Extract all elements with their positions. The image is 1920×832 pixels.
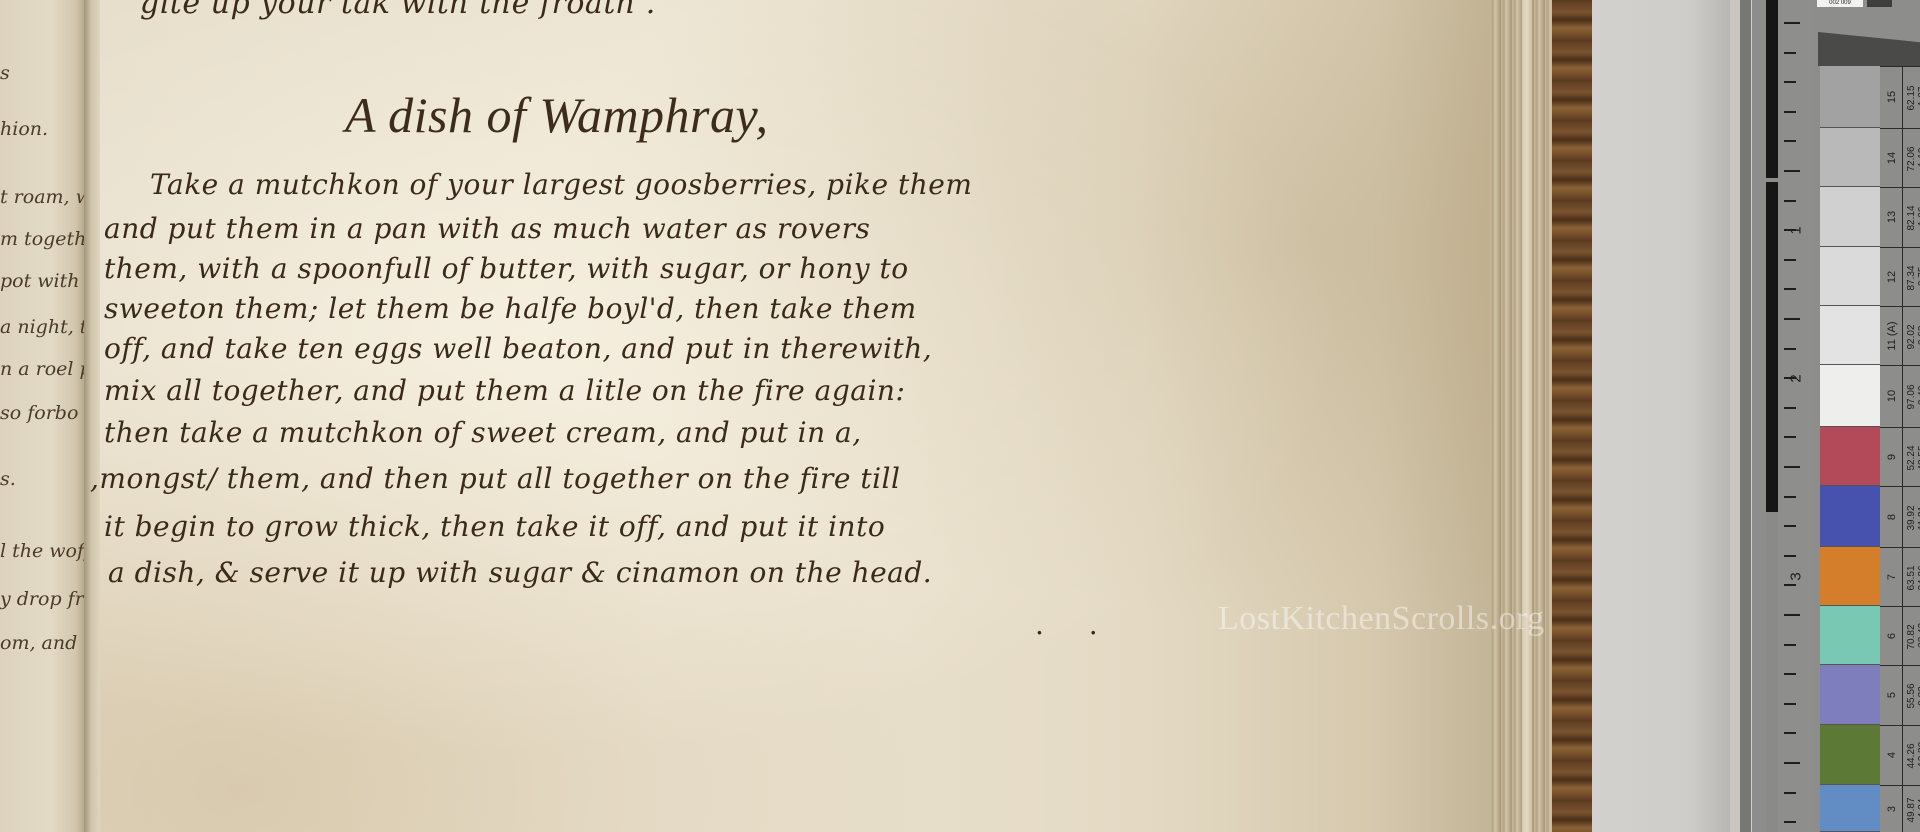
- patch-lab-values: 63.5134.26: [1906, 555, 1920, 601]
- color-patch-label: 11 (A)92.02-0.60: [1880, 306, 1920, 365]
- patch-lab-values: 49.87-4.34: [1906, 787, 1920, 832]
- site-watermark: LostKitchenScrolls.org: [1218, 600, 1545, 638]
- color-patch-15: [1820, 66, 1880, 128]
- color-patch-label: 763.5134.26: [1880, 547, 1920, 606]
- color-patch-8: [1820, 486, 1880, 547]
- patch-lab-values: 92.02-0.60: [1906, 314, 1920, 360]
- ruler-tick: [1784, 762, 1800, 764]
- patch-lab-values: 62.15-1.07: [1906, 75, 1920, 121]
- patch-number: 11 (A): [1886, 316, 1898, 356]
- manuscript-line: then take a mutchkon of sweet cream, and…: [104, 416, 862, 449]
- ruler-tick: [1784, 644, 1796, 646]
- facing-page-text-fragment: s: [0, 62, 10, 84]
- patch-number: 15: [1886, 77, 1898, 117]
- facing-page-text-fragment: m togethr: [0, 228, 84, 250]
- color-patch-label: 1097.06-0.40: [1880, 365, 1920, 427]
- patch-number: 9: [1886, 437, 1898, 477]
- ruler-tick: [1784, 732, 1796, 734]
- grey-backdrop: [1592, 0, 1730, 832]
- patch-number: 5: [1886, 675, 1898, 715]
- ruler-number: 1: [1788, 226, 1805, 234]
- color-patch-14: [1820, 128, 1880, 187]
- facing-page-text-fragment: t roam, with: [0, 186, 84, 208]
- color-patch-13: [1820, 187, 1880, 247]
- ruler-tick: [1784, 466, 1800, 468]
- color-patch-label: 1382.14-1.06: [1880, 187, 1920, 247]
- patch-lab-values: 87.34-0.75: [1906, 255, 1920, 301]
- facing-page-text-fragment: y drop from: [0, 588, 84, 610]
- manuscript-line: it begin to grow thick, then take it off…: [104, 510, 885, 543]
- patch-number: 10: [1886, 376, 1898, 416]
- ruler-tick: [1784, 792, 1796, 794]
- ruler-tick: [1784, 22, 1800, 24]
- book-gutter: [84, 0, 100, 832]
- ruler-tick: [1784, 318, 1800, 320]
- facing-page-text-fragment: pot with wins: [0, 270, 84, 292]
- ruler-tick: [1784, 200, 1796, 202]
- ruler-tick: [1784, 170, 1800, 172]
- target-black-bar: [1766, 0, 1778, 832]
- ruler-tick: [1784, 584, 1796, 586]
- ruler-tick: [1784, 436, 1796, 438]
- ruler-tick: [1784, 673, 1796, 675]
- manuscript-line: Take a mutchkon of your largest goosberr…: [150, 168, 972, 201]
- ruler-tick: [1784, 348, 1796, 350]
- ruler-tick: [1784, 140, 1796, 142]
- page-block-edges: [1490, 0, 1552, 832]
- facing-page-text-fragment: n a roel plac: [0, 358, 84, 380]
- target-id-label: 002 009: [1817, 0, 1863, 7]
- manuscript-page: gite up your tak with the froath . A dis…: [100, 0, 1490, 832]
- ruler-tick: [1784, 525, 1796, 527]
- patch-number: 3: [1886, 789, 1898, 829]
- facing-page-text-fragment: so forbo it up: [0, 402, 84, 424]
- manuscript-line: them, with a spoonfull of butter, with s…: [104, 252, 909, 285]
- manuscript-line: mix all together, and put them a litle o…: [104, 374, 905, 407]
- ruler-tick: [1784, 614, 1800, 616]
- patch-number: 6: [1886, 616, 1898, 656]
- color-patch-11a: [1820, 306, 1880, 365]
- color-patch-label: 349.87-4.34: [1880, 785, 1920, 832]
- facing-page-text-fragment: l the wofy pi: [0, 540, 84, 562]
- patch-lab-values: 39.9211.81: [1906, 495, 1920, 541]
- measurement-ruler: 123: [1778, 0, 1812, 832]
- target-dark-block: [1867, 0, 1892, 7]
- color-patch-label: 1562.15-1.07: [1880, 66, 1920, 128]
- target-edge: [1740, 0, 1752, 832]
- patch-lab-values: 52.2448.55: [1906, 435, 1920, 481]
- patch-lab-values: 97.06-0.40: [1906, 374, 1920, 420]
- ruler-tick: [1784, 703, 1796, 705]
- patch-number: 4: [1886, 735, 1898, 775]
- patch-lab-values: 55.569.82: [1906, 673, 1920, 719]
- ruler-tick: [1784, 52, 1796, 54]
- color-patch-label: 670.82-33.43: [1880, 606, 1920, 665]
- color-patch-label: 1472.06-1.19: [1880, 128, 1920, 187]
- patch-number: 14: [1886, 138, 1898, 178]
- target-grey-wedge: [1818, 32, 1920, 66]
- ruler-number: 2: [1788, 374, 1805, 382]
- trailing-ink-marks: . .: [1035, 608, 1116, 641]
- color-patch-5: [1820, 665, 1880, 725]
- manuscript-line: and put them in a pan with as much water…: [104, 212, 870, 245]
- facing-page-text-fragment: hion.: [0, 118, 48, 140]
- ruler-tick: [1784, 821, 1796, 823]
- facing-page: shion.t roam, withm togethrpot with wins…: [0, 0, 84, 832]
- ruler-tick: [1784, 288, 1796, 290]
- manuscript-line: sweeton them; let them be halfe boyl'd, …: [104, 292, 917, 325]
- ruler-number: 3: [1788, 572, 1805, 580]
- recipe-title: A dish of Wamphray,: [345, 86, 768, 144]
- patch-lab-values: 72.06-1.19: [1906, 136, 1920, 182]
- patch-lab-values: 44.26-13.80: [1906, 733, 1920, 779]
- color-patch-10: [1820, 365, 1880, 427]
- color-patch-3: [1820, 785, 1880, 832]
- patch-number: 12: [1886, 257, 1898, 297]
- ruler-tick: [1784, 111, 1796, 113]
- facing-page-text-fragment: s.: [0, 468, 16, 490]
- color-patch-12: [1820, 247, 1880, 306]
- ruler-tick: [1784, 407, 1796, 409]
- color-patch-6: [1820, 606, 1880, 665]
- color-patch-9: [1820, 427, 1880, 486]
- color-patch-label: 839.9211.81: [1880, 486, 1920, 547]
- patch-number: 13: [1886, 197, 1898, 237]
- patch-lab-values: 70.82-33.43: [1906, 614, 1920, 660]
- color-patch-label: 1287.34-0.75: [1880, 247, 1920, 306]
- manuscript-line: off, and take ten eggs well beaton, and …: [104, 332, 932, 365]
- facing-page-text-fragment: a night, tak: [0, 316, 84, 338]
- color-patch-label: 555.569.82: [1880, 665, 1920, 725]
- ruler-tick: [1784, 555, 1796, 557]
- patch-lab-values: 82.14-1.06: [1906, 195, 1920, 241]
- color-patch-label: 952.2448.55: [1880, 427, 1920, 486]
- facing-page-text-fragment: om, and mel: [0, 632, 84, 654]
- color-patch-4: [1820, 725, 1880, 785]
- color-patch-label: 444.26-13.80: [1880, 725, 1920, 785]
- ruler-tick: [1784, 496, 1796, 498]
- previous-recipe-last-line: gite up your tak with the froath .: [140, 0, 656, 21]
- color-patch-7: [1820, 547, 1880, 606]
- manuscript-line: ,mongst/ them, and then put all together…: [90, 462, 900, 495]
- patch-number: 8: [1886, 497, 1898, 537]
- ruler-tick: [1784, 259, 1796, 261]
- color-calibration-target: 123 002 009 1562.15-1.071472.06-1.191382…: [1740, 0, 1920, 832]
- manuscript-line: a dish, & serve it up with sugar & cinam…: [108, 556, 932, 589]
- ruler-tick: [1784, 81, 1796, 83]
- patch-number: 7: [1886, 557, 1898, 597]
- leather-binding: [1552, 0, 1592, 832]
